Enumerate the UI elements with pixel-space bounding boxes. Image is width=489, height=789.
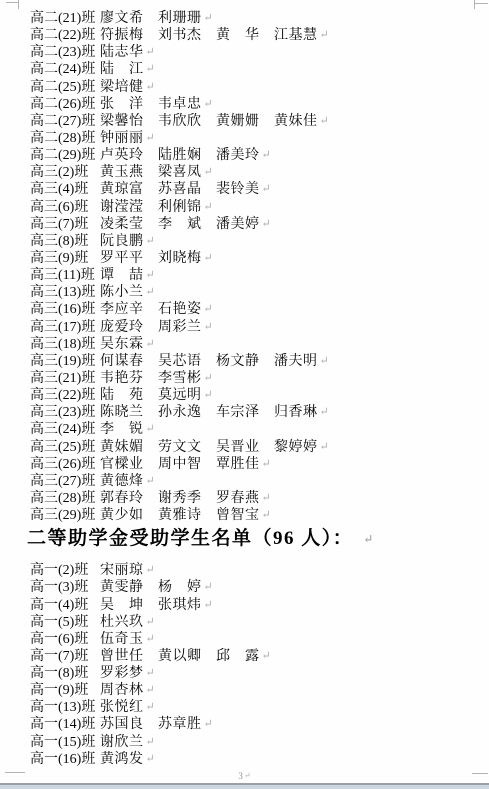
paragraph-mark-icon: ↵ <box>146 81 155 93</box>
student-row: 高一(2)班宋丽琼↵ <box>30 562 470 579</box>
class-label: 高三(23)班 <box>30 404 100 421</box>
paragraph-mark-icon: ↵ <box>146 475 155 487</box>
class-label: 高三(24)班 <box>30 421 100 438</box>
student-names: 黄雯静 杨 婷 <box>100 580 202 595</box>
class-label: 高一(9)班 <box>30 682 100 699</box>
student-names: 李 锐 <box>100 422 144 437</box>
paragraph-mark-icon: ↵ <box>146 616 155 628</box>
student-row: 高三(11)班谭 喆↵ <box>30 267 470 284</box>
student-row: 高三(8)班阮良鹏↵ <box>30 233 470 250</box>
paragraph-mark-icon: ↵ <box>320 115 329 127</box>
paragraph-mark-icon: ↵ <box>146 564 155 576</box>
paragraph-mark-icon: ↵ <box>146 667 155 679</box>
student-row: 高一(8)班罗彩梦↵ <box>30 665 470 682</box>
section-heading-text: 二等助学金受助学生名单（96 人）： <box>27 528 353 549</box>
page-number: 3 <box>238 771 243 781</box>
student-row: 高三(16)班李应辛 石艳姿↵ <box>30 301 470 318</box>
class-label: 高一(16)班 <box>30 751 100 768</box>
student-names: 黄鸿发 <box>100 752 144 767</box>
class-label: 高二(25)班 <box>30 79 100 96</box>
class-label: 高三(16)班 <box>30 301 100 318</box>
class-label: 高二(22)班 <box>30 27 100 44</box>
student-names: 阮良鹏 <box>100 234 144 249</box>
student-row: 高一(6)班伍奇玉↵ <box>30 631 470 648</box>
class-label: 高一(5)班 <box>30 614 100 631</box>
class-label: 高一(14)班 <box>30 716 100 733</box>
outside-page-area <box>0 785 489 789</box>
student-row: 高二(28)班钟丽丽↵ <box>30 130 470 147</box>
class-label: 高二(23)班 <box>30 44 100 61</box>
student-names: 庞爱玲 周彩兰 <box>100 320 202 335</box>
paragraph-mark-icon: ↵ <box>146 338 155 350</box>
student-row: 高一(14)班苏国良 苏章胜↵ <box>30 716 470 733</box>
student-row: 高一(3)班黄雯静 杨 婷↵ <box>30 579 470 596</box>
class-label: 高三(4)班 <box>30 181 100 198</box>
paragraph-mark-icon: ↵ <box>146 269 155 281</box>
class-label: 高三(2)班 <box>30 164 100 181</box>
class-label: 高三(25)班 <box>30 439 100 456</box>
student-names: 黄琼富 苏喜晶 裴铃美 <box>100 182 260 197</box>
class-label: 高一(15)班 <box>30 734 100 751</box>
paragraph-mark-icon: ↵ <box>262 183 271 195</box>
student-row: 高二(23)班陆志华↵ <box>30 44 470 61</box>
class-label: 高二(24)班 <box>30 61 100 78</box>
student-row: 高一(15)班谢欣兰↵ <box>30 734 470 751</box>
class-label: 高二(26)班 <box>30 96 100 113</box>
student-names: 苏国良 苏章胜 <box>100 717 202 732</box>
student-names: 何谋春 吴芯语 杨文静 潘夫明 <box>100 354 318 369</box>
class-label: 高三(19)班 <box>30 353 100 370</box>
student-row: 高一(9)班周杏林↵ <box>30 682 470 699</box>
paragraph-mark-icon: ↵ <box>204 718 213 730</box>
class-label: 高三(27)班 <box>30 473 100 490</box>
class-label: 高三(29)班 <box>30 507 100 524</box>
paragraph-mark-icon: ↵ <box>146 684 155 696</box>
student-names: 凌柔莹 李 斌 潘美婷 <box>100 217 260 232</box>
paragraph-mark-icon: ↵ <box>262 218 271 230</box>
first-grant-list: 高二(21)班廖文希 利珊珊↵高二(22)班符振梅 刘书杰 黄 华 江基慧↵高二… <box>30 10 470 524</box>
student-row: 高三(25)班黄妹媚 劳文文 吴晋业 黎婷婷↵ <box>30 439 470 456</box>
paragraph-mark-icon: ↵ <box>204 303 213 315</box>
class-label: 高一(7)班 <box>30 648 100 665</box>
paragraph-mark-icon: ↵ <box>204 201 213 213</box>
student-names: 符振梅 刘书杰 黄 华 江基慧 <box>100 28 318 43</box>
student-names: 伍奇玉 <box>100 632 144 647</box>
student-row: 高三(23)班陈晓兰 孙永逸 车宗泽 归香琳↵ <box>30 404 470 421</box>
student-names: 张 洋 韦卓忠 <box>100 97 202 112</box>
student-names: 曾世任 黄以卿 邱 露 <box>100 649 260 664</box>
student-row: 高三(13)班陈小兰↵ <box>30 284 470 301</box>
paragraph-mark-icon: ↵ <box>204 599 213 611</box>
student-row: 高一(4)班吴 坤 张琪炜↵ <box>30 597 470 614</box>
paragraph-mark-icon: ↵ <box>146 63 155 75</box>
student-row: 高二(27)班梁馨怡 韦欣欣 黄姗姗 黄妹佳↵ <box>30 113 470 130</box>
class-label: 高一(4)班 <box>30 597 100 614</box>
paragraph-mark-icon: ↵ <box>146 701 155 713</box>
student-names: 郭春玲 谢秀季 罗春燕 <box>100 491 260 506</box>
paragraph-mark-icon: ↵ <box>146 46 155 58</box>
student-row: 高三(4)班黄琼富 苏喜晶 裴铃美↵ <box>30 181 470 198</box>
class-label: 高三(28)班 <box>30 490 100 507</box>
paragraph-mark-icon: ↵ <box>262 149 271 161</box>
student-row: 高三(21)班韦艳芬 李雪彬↵ <box>30 370 470 387</box>
student-row: 高三(17)班庞爱玲 周彩兰↵ <box>30 319 470 336</box>
class-label: 高三(22)班 <box>30 387 100 404</box>
student-names: 卢英玲 陆胜娴 潘美玲 <box>100 148 260 163</box>
student-names: 陆志华 <box>100 45 144 60</box>
class-label: 高三(18)班 <box>30 336 100 353</box>
student-names: 谢欣兰 <box>100 735 144 750</box>
paragraph-mark-icon: ↵ <box>146 423 155 435</box>
class-label: 高二(21)班 <box>30 10 100 27</box>
class-label: 高一(3)班 <box>30 579 100 596</box>
student-names: 谭 喆 <box>100 268 144 283</box>
student-names: 黄玉燕 梁喜凤 <box>100 165 202 180</box>
paragraph-mark-icon: ↵ <box>204 372 213 384</box>
student-names: 李应辛 石艳姿 <box>100 302 202 317</box>
student-names: 廖文希 利珊珊 <box>100 11 202 26</box>
paragraph-mark-icon: ↵ <box>320 406 329 418</box>
paragraph-mark-icon: ↵ <box>320 441 329 453</box>
student-names: 陈晓兰 孙永逸 车宗泽 归香琳 <box>100 405 318 420</box>
student-row: 高三(19)班何谋春 吴芯语 杨文静 潘夫明↵ <box>30 353 470 370</box>
student-row: 高二(29)班卢英玲 陆胜娴 潘美玲↵ <box>30 147 470 164</box>
crop-mark-top-right <box>474 0 475 9</box>
student-names: 宋丽琼 <box>100 563 144 578</box>
document-page: 高二(21)班廖文希 利珊珊↵高二(22)班符振梅 刘书杰 黄 华 江基慧↵高二… <box>0 0 489 789</box>
paragraph-mark-icon: ↵ <box>244 771 251 780</box>
student-names: 黄德烽 <box>100 474 144 489</box>
student-names: 陆 苑 莫远明 <box>100 388 202 403</box>
student-names: 罗平平 刘晓梅 <box>100 251 202 266</box>
class-label: 高三(9)班 <box>30 250 100 267</box>
student-names: 杜兴玖 <box>100 615 144 630</box>
paragraph-mark-icon: ↵ <box>146 736 155 748</box>
student-row: 高二(25)班梁培健↵ <box>30 79 470 96</box>
class-label: 高三(6)班 <box>30 199 100 216</box>
page-footer: 3↵ <box>0 771 489 781</box>
paragraph-mark-icon: ↵ <box>204 581 213 593</box>
student-names: 张悦红 <box>100 700 144 715</box>
student-names: 官樑业 周中智 覃胜佳 <box>100 457 260 472</box>
paragraph-mark-icon: ↵ <box>320 29 329 41</box>
student-row: 高三(24)班李 锐↵ <box>30 421 470 438</box>
paragraph-mark-icon: ↵ <box>262 509 271 521</box>
paragraph-mark-icon: ↵ <box>262 492 271 504</box>
student-row: 高一(13)班张悦红↵ <box>30 699 470 716</box>
class-label: 高三(17)班 <box>30 319 100 336</box>
student-names: 黄妹媚 劳文文 吴晋业 黎婷婷 <box>100 440 318 455</box>
class-label: 高二(29)班 <box>30 147 100 164</box>
student-names: 罗彩梦 <box>100 666 144 681</box>
student-names: 谢滢滢 利俐锦 <box>100 200 202 215</box>
student-names: 周杏林 <box>100 683 144 698</box>
class-label: 高一(6)班 <box>30 631 100 648</box>
second-grant-list: 高一(2)班宋丽琼↵高一(3)班黄雯静 杨 婷↵高一(4)班吴 坤 张琪炜↵高一… <box>30 562 470 768</box>
paragraph-mark-icon: ↵ <box>320 355 329 367</box>
student-row: 高三(6)班谢滢滢 利俐锦↵ <box>30 199 470 216</box>
class-label: 高三(11)班 <box>30 267 100 284</box>
student-row: 高一(5)班杜兴玖↵ <box>30 614 470 631</box>
student-names: 梁培健 <box>100 80 144 95</box>
class-label: 高三(8)班 <box>30 233 100 250</box>
student-row: 高三(7)班凌柔莹 李 斌 潘美婷↵ <box>30 216 470 233</box>
student-names: 黄少如 黄雅诗 曾智宝 <box>100 508 260 523</box>
student-names: 韦艳芬 李雪彬 <box>100 371 202 386</box>
paragraph-mark-icon: ↵ <box>363 532 373 546</box>
student-row: 高三(2)班黄玉燕 梁喜凤↵ <box>30 164 470 181</box>
class-label: 高二(28)班 <box>30 130 100 147</box>
paragraph-mark-icon: ↵ <box>204 389 213 401</box>
class-label: 高一(13)班 <box>30 699 100 716</box>
paragraph-mark-icon: ↵ <box>146 286 155 298</box>
student-names: 吴东霖 <box>100 337 144 352</box>
student-row: 高三(28)班郭春玲 谢秀季 罗春燕↵ <box>30 490 470 507</box>
paragraph-mark-icon: ↵ <box>146 633 155 645</box>
paragraph-mark-icon: ↵ <box>204 12 213 24</box>
student-names: 陈小兰 <box>100 285 144 300</box>
paragraph-mark-icon: ↵ <box>204 252 213 264</box>
student-row: 高三(9)班罗平平 刘晓梅↵ <box>30 250 470 267</box>
class-label: 高二(27)班 <box>30 113 100 130</box>
student-row: 高三(27)班黄德烽↵ <box>30 473 470 490</box>
document-body: 高二(21)班廖文希 利珊珊↵高二(22)班符振梅 刘书杰 黄 华 江基慧↵高二… <box>30 10 470 768</box>
student-row: 高二(26)班张 洋 韦卓忠↵ <box>30 96 470 113</box>
class-label: 高三(13)班 <box>30 284 100 301</box>
student-row: 高三(18)班吴东霖↵ <box>30 336 470 353</box>
student-names: 陆 江 <box>100 62 144 77</box>
paragraph-mark-icon: ↵ <box>204 166 213 178</box>
class-label: 高一(8)班 <box>30 665 100 682</box>
class-label: 高三(21)班 <box>30 370 100 387</box>
crop-mark-top-right <box>474 3 488 4</box>
student-names: 梁馨怡 韦欣欣 黄姗姗 黄妹佳 <box>100 114 318 129</box>
class-label: 高一(2)班 <box>30 562 100 579</box>
paragraph-mark-icon: ↵ <box>262 458 271 470</box>
crop-mark-top-left <box>18 0 19 9</box>
paragraph-mark-icon: ↵ <box>204 98 213 110</box>
student-row: 高二(22)班符振梅 刘书杰 黄 华 江基慧↵ <box>30 27 470 44</box>
class-label: 高三(7)班 <box>30 216 100 233</box>
student-row: 高二(21)班廖文希 利珊珊↵ <box>30 10 470 27</box>
student-names: 吴 坤 张琪炜 <box>100 598 202 613</box>
paragraph-mark-icon: ↵ <box>146 753 155 765</box>
paragraph-mark-icon: ↵ <box>146 132 155 144</box>
student-row: 高一(7)班曾世任 黄以卿 邱 露↵ <box>30 648 470 665</box>
section-heading: 二等助学金受助学生名单（96 人）：↵ <box>27 527 470 551</box>
paragraph-mark-icon: ↵ <box>262 650 271 662</box>
student-row: 高三(26)班官樑业 周中智 覃胜佳↵ <box>30 456 470 473</box>
student-row: 高三(29)班黄少如 黄雅诗 曾智宝↵ <box>30 507 470 524</box>
student-row: 高二(24)班陆 江↵ <box>30 61 470 78</box>
paragraph-mark-icon: ↵ <box>204 321 213 333</box>
class-label: 高三(26)班 <box>30 456 100 473</box>
student-row: 高一(16)班黄鸿发↵ <box>30 751 470 768</box>
paragraph-mark-icon: ↵ <box>146 235 155 247</box>
student-row: 高三(22)班陆 苑 莫远明↵ <box>30 387 470 404</box>
student-names: 钟丽丽 <box>100 131 144 146</box>
